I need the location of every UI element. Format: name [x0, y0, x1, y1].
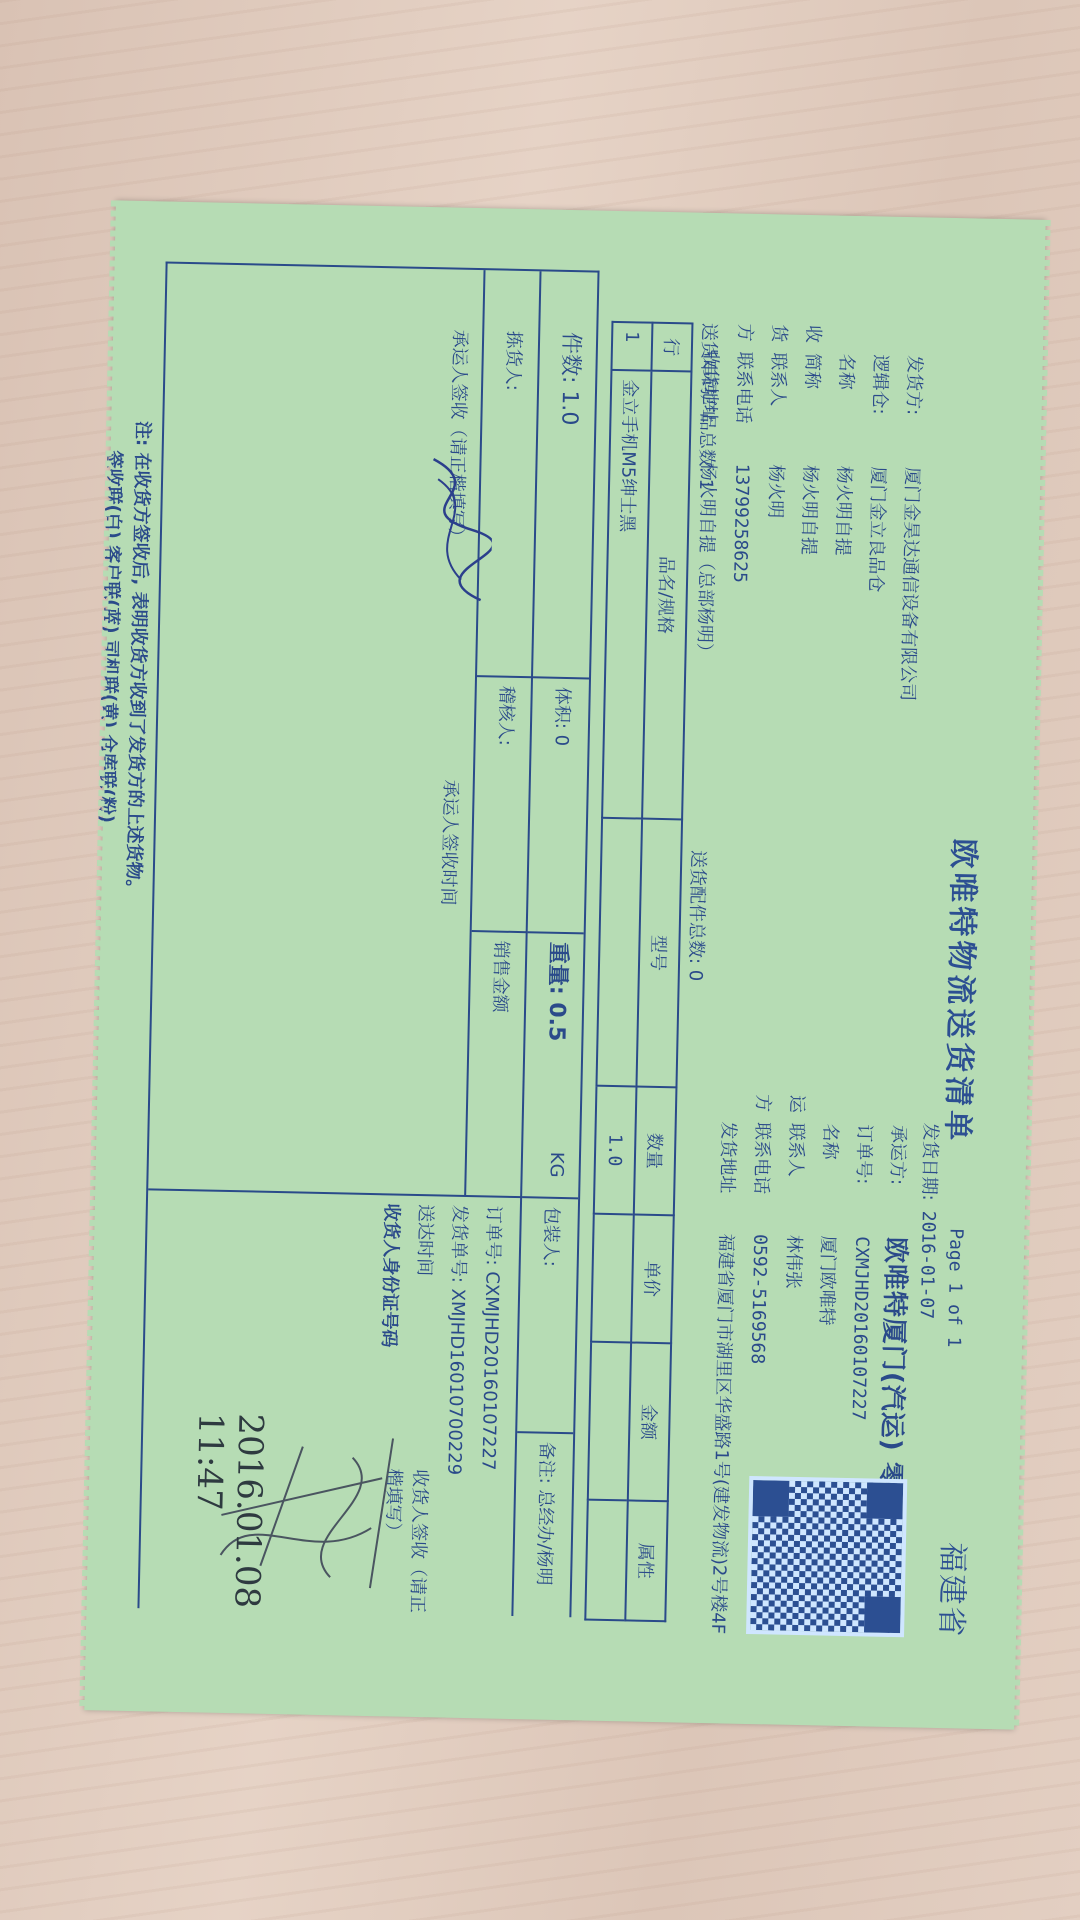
field-label: 联系人 — [777, 1123, 813, 1220]
packer: 包装人: — [539, 1207, 566, 1268]
receiver-id-field: 收货人身份证号码 — [377, 1203, 406, 1348]
qr-code-icon — [746, 1476, 907, 1637]
order-number: 订单号: CXMJHD20160107227 — [476, 1205, 508, 1470]
cell-unit-price — [591, 1214, 634, 1343]
handwritten-date-time: 2016.01.08 11:47 — [184, 1412, 270, 1714]
pieces: 件数: 1.0 — [555, 332, 588, 426]
field-value: 厦门金立良品仓 — [858, 466, 895, 593]
field-value: 杨火明自提 — [791, 465, 827, 556]
checker: 稽核人: — [494, 685, 521, 746]
field-value: 厦门欧唯特 — [809, 1235, 845, 1326]
cell-line: 1 — [611, 322, 652, 371]
field-label: 承运方: — [879, 1125, 915, 1222]
field-value: 杨火明 — [757, 464, 792, 519]
cell-qty: 1.0 — [594, 1086, 637, 1215]
field-value: 林伟张 — [775, 1234, 810, 1289]
sales-amount: 销售金额 — [488, 940, 516, 1013]
field-label: 名称 — [811, 1123, 847, 1220]
field-label: 逻辑仓: — [861, 354, 897, 451]
field-label: 名称 — [827, 353, 863, 450]
col-unit-price: 单价 — [631, 1214, 674, 1343]
delivery-receipt: 欧唯特物流送货清单 福建省 Page 1 of 1 发货日期:2016-01-0… — [84, 200, 1045, 1729]
field-label: 简称 — [793, 353, 829, 450]
footer-note: 注: 在收货方签收后, 表明收货方收到了发货方的上述货物。 签收联(白) 客户联… — [90, 420, 156, 898]
document-title: 欧唯特物流送货清单 — [938, 838, 988, 1145]
remark: 备注: 总经办/杨明 — [532, 1441, 561, 1585]
cell-model — [596, 818, 642, 1087]
field-value: 欧唯特厦门(汽运) 零担 — [873, 1237, 913, 1516]
field-value: CXMJHD20160107227 — [841, 1236, 879, 1421]
cell-amount — [588, 1342, 631, 1501]
consignee-info: 发货方:厦门金昊达通信设备有限公司 逻辑仓:厦门金立良品仓 名称杨火明自提 收简… — [686, 323, 932, 702]
col-amount: 金额 — [628, 1342, 671, 1501]
field-value: 杨火明自提 — [825, 465, 861, 556]
weight: 重量: 0.5 — [542, 942, 575, 1042]
field-value: 厦门金昊达通信设备有限公司 — [890, 467, 929, 702]
field-value: 13799258625 — [722, 463, 758, 583]
delivery-number: 发货单号: XMJHD16010700229 — [442, 1205, 474, 1476]
ship-date: 发货日期:2016-01-07 — [915, 1122, 945, 1319]
delivery-time: 送达时间 — [412, 1204, 440, 1277]
volume: 体积: 0 — [550, 687, 577, 747]
page-info: Page 1 of 1 — [943, 1228, 966, 1348]
serial-products-total: 送货串码产品总数: 1 — [694, 323, 723, 491]
field-label: 联系电话 — [725, 351, 761, 448]
field-label: 订单号: — [845, 1124, 881, 1221]
field-label: 发货地址 — [709, 1121, 745, 1218]
field-label: 联系电话 — [743, 1122, 779, 1219]
field-value: 0592-5169568 — [740, 1234, 777, 1365]
carrier-signature-scribble — [410, 449, 493, 611]
carrier-sign-time-field: 承运人签收时间 — [436, 779, 465, 906]
col-line: 行 — [651, 323, 692, 372]
field-label: 发货方: — [895, 355, 931, 452]
picker: 拣货人: — [501, 331, 528, 392]
col-attr: 属性 — [625, 1500, 668, 1621]
weight-unit: KG — [546, 1152, 568, 1178]
field-label: 联系人 — [759, 352, 795, 449]
ship-date-label: 发货日期: — [918, 1122, 941, 1201]
ship-date-value: 2016-01-07 — [916, 1211, 939, 1320]
col-model: 型号 — [636, 819, 682, 1088]
accessories-total: 送货配件总数: 0 — [684, 850, 713, 982]
province-label: 福建省 — [932, 1542, 978, 1639]
cell-attr — [585, 1500, 628, 1621]
col-qty: 数量 — [634, 1087, 677, 1216]
